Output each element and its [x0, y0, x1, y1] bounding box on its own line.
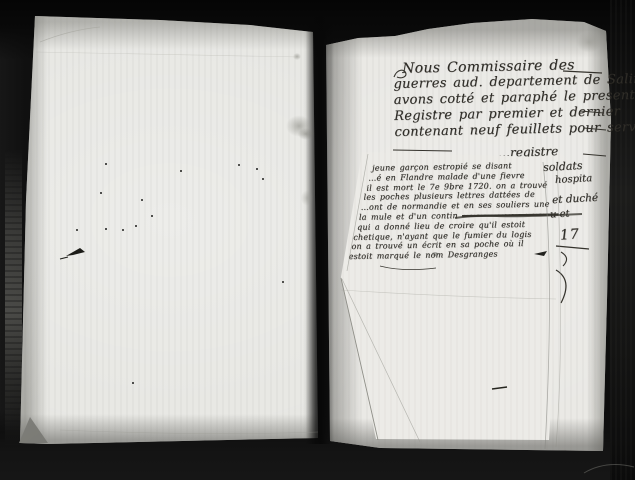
page-fragment: et duché [552, 192, 599, 206]
binding-gutter-shadow [306, 14, 334, 444]
folio-number: 17 [559, 226, 580, 243]
page-fragment: soldats [543, 159, 583, 174]
stain [299, 188, 315, 208]
manuscript-scan: Nous Commissaire des guerres aud. depart… [0, 0, 635, 480]
heading-block: Nous Commissaire des guerres aud. depart… [393, 56, 635, 141]
page-fragment: u et [550, 208, 570, 220]
slip-line-plain: la mule et d'un contin [359, 211, 462, 222]
stain [572, 28, 606, 56]
book-block-edge [5, 150, 22, 445]
stain [295, 126, 317, 142]
stain [292, 52, 302, 61]
slip-note-text: jeune garçon estropié se disant …é en Fl… [350, 160, 559, 262]
ink-spots [105, 163, 107, 165]
page-fragment: hospita [555, 173, 593, 186]
slip-line-struck-out: ~~~~~~~~~~~~~~ [462, 209, 559, 220]
